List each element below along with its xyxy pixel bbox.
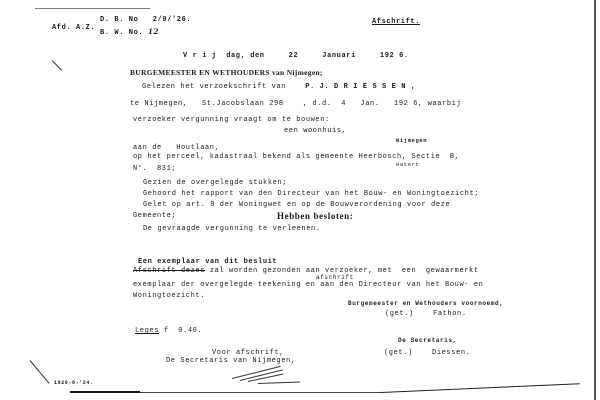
copy-certification-2: De Secretaris van Nijmegen, — [166, 357, 296, 365]
copy-certification-1: Voor afschrift, — [212, 349, 284, 357]
decided-heading: Hebben besloten: — [277, 211, 353, 221]
form-code: 1920-8-'24. — [54, 380, 94, 386]
fee-value: f 0.40. — [164, 327, 202, 335]
gemeente: Gemeente; — [133, 212, 176, 220]
bw-number-label: B. W. No. — [100, 29, 143, 37]
distribution-line-4: Woningtoezicht. — [133, 292, 205, 300]
consideration-1: Gezien de overgelegde stukken; — [143, 179, 287, 187]
date-month: Januari — [322, 52, 356, 60]
scan-bottom-edge-right — [380, 383, 580, 393]
consideration-2: Gehoord het rapport van den Directeur va… — [143, 190, 479, 198]
scan-mark-top — [52, 60, 63, 71]
secretary-signed-mark: (get.) — [384, 349, 413, 357]
distribution-line-3: exemplaar der overgelegde teekening en a… — [133, 281, 483, 289]
distribution-line-1: Een exemplaar van dit besluit — [138, 258, 277, 266]
parcel-correction-above: Nijmegen — [396, 137, 427, 144]
parcel-line: op het perceel, kadastraal bekend als ge… — [133, 153, 459, 161]
scan-bottom-edge-left — [70, 391, 140, 393]
bw-signature-label: Burgemeester en Wethouders voornoemd, — [348, 300, 503, 307]
scan-mark — [30, 360, 50, 384]
fee: Leges f 0.40. — [135, 327, 202, 335]
parcel-correction-below: Hatert — [396, 161, 419, 168]
scan-bottom-edge-mid — [140, 392, 380, 393]
copy-label: Afschrift. — [372, 18, 420, 26]
addressee: BURGEMEESTER EN WETHOUDERS van Nijmegen; — [130, 68, 323, 77]
weekday: V r i j dag, den — [183, 52, 265, 60]
bw-signed-mark: (get.) — [385, 310, 414, 318]
building-type: een woonhuis, — [284, 127, 346, 135]
distribution-line-2: Afschrift dezes zal worden gezonden aan … — [133, 267, 479, 275]
date-line: V r i j dag, den 22 Januari 192 6. — [183, 52, 409, 60]
afd-label: Afd. A.Z. — [52, 24, 95, 32]
secretary-name: Diessen. — [432, 349, 470, 357]
db-number: D. B. No 2/9/'26. — [100, 16, 191, 24]
date-day: 22 — [289, 52, 299, 60]
fee-label: Leges — [135, 327, 159, 335]
page-edge-line — [594, 0, 596, 400]
request-intro: Gelezen het verzoekschrift van — [142, 83, 286, 91]
top-rule — [35, 8, 150, 9]
date-year: 192 6. — [380, 52, 409, 60]
bw-signature: (get.) Fathon. — [385, 310, 467, 318]
struck-text: Afschrift dezes — [133, 267, 205, 275]
street: aan de Houtlaan, — [133, 144, 219, 152]
bw-signer-name: Fathon. — [433, 310, 467, 318]
requester-name: P. J. D R I E S S E N , — [305, 83, 415, 91]
bw-number-handwritten: 12 — [148, 27, 159, 36]
parcel-number: N°. 831; — [133, 165, 176, 173]
address-line: te Nijmegen, St.Jacobslaan 298 , d.d. 4 … — [130, 100, 461, 108]
consideration-3: Gelet op art. 8 der Woningwet en op de B… — [143, 201, 450, 209]
secretary-signature: (get.) Diessen. — [384, 349, 470, 357]
decision: De gevraagde vergunning te verleenen. — [143, 225, 321, 233]
request-text: verzoeker vergunning vraagt om te bouwen… — [133, 116, 330, 124]
inserted-afschrift: afschrift — [316, 274, 354, 281]
bw-number: B. W. No. 12 — [100, 27, 159, 37]
secretary-label: De Secretaris, — [398, 337, 457, 344]
request-line: Gelezen het verzoekschrift van P. J. D R… — [142, 83, 416, 91]
